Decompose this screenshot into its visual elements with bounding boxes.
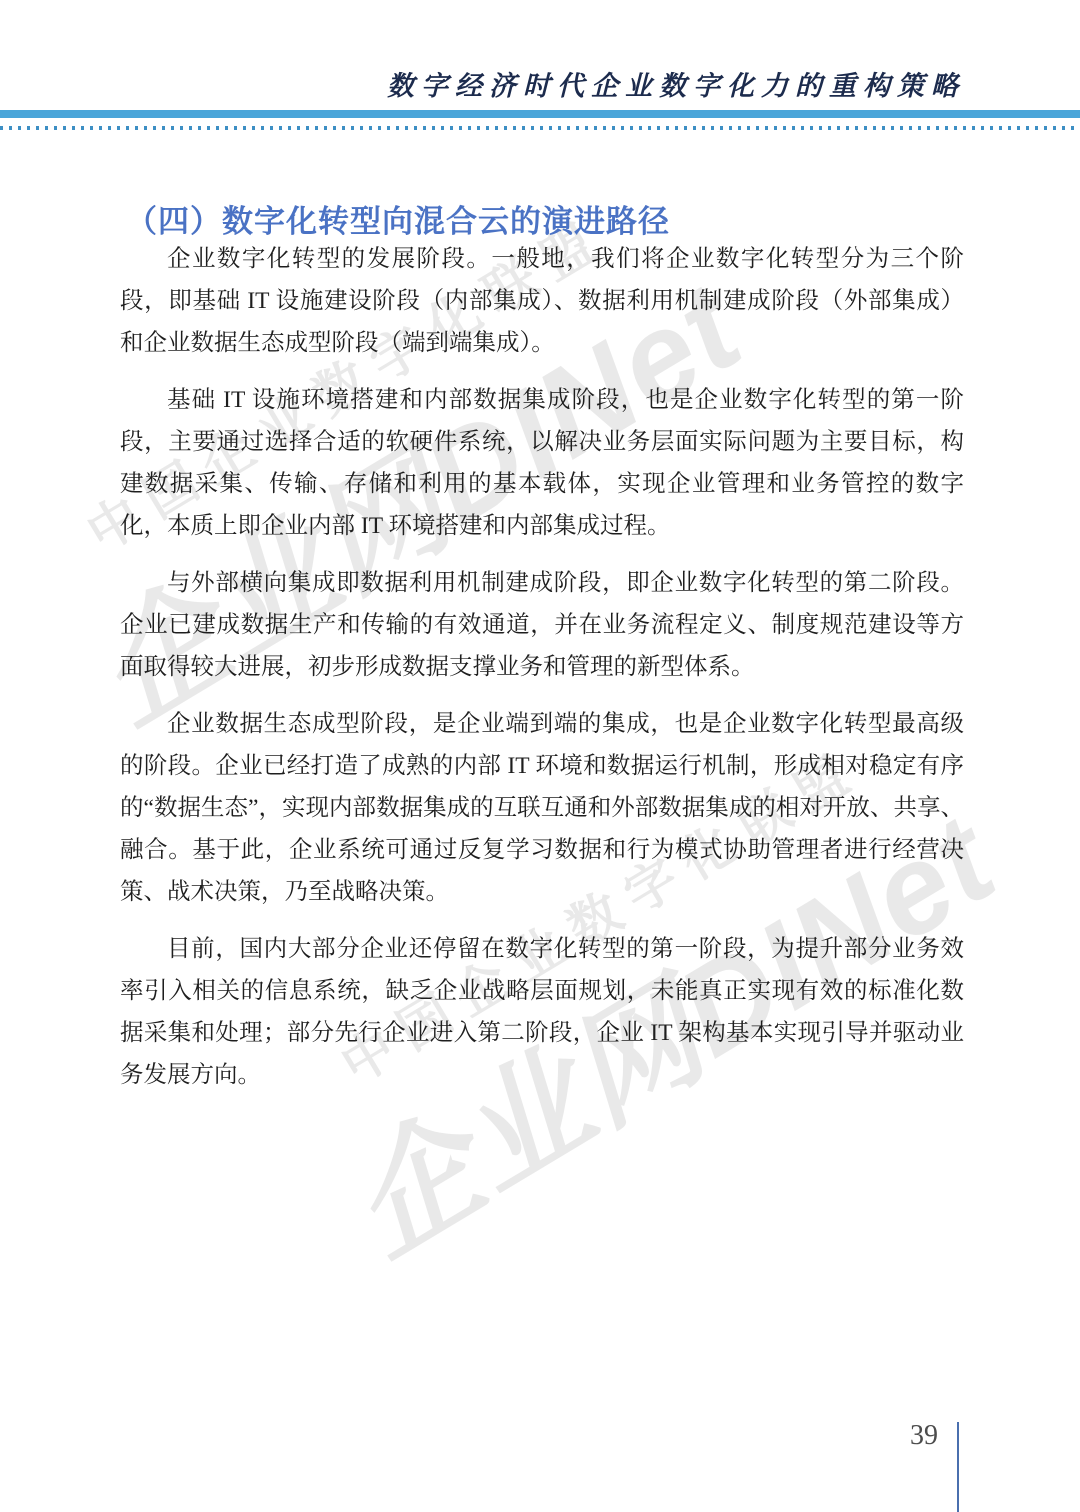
header-solid-rule bbox=[0, 110, 1080, 118]
document-page: 中国企业数字化联盟 企业网DINet 中国企业数字化联盟 企业网DINet 数字… bbox=[0, 0, 1080, 1512]
paragraph-stages-overview: 企业数字化转型的发展阶段。一般地，我们将企业数字化转型分为三个阶段，即基础 IT… bbox=[120, 238, 964, 364]
paragraph-stage-one: 基础 IT 设施环境搭建和内部数据集成阶段，也是企业数字化转型的第一阶段，主要通… bbox=[120, 379, 964, 547]
header-dotted-rule bbox=[0, 126, 1080, 130]
paragraph-stage-two: 与外部横向集成即数据利用机制建成阶段，即企业数字化转型的第二阶段。企业已建成数据… bbox=[120, 562, 964, 688]
section-heading: （四）数字化转型向混合云的演进路径 bbox=[126, 196, 670, 241]
paragraph-stage-three: 企业数据生态成型阶段，是企业端到端的集成，也是企业数字化转型最高级的阶段。企业已… bbox=[120, 703, 964, 913]
footer-vertical-rule bbox=[957, 1422, 959, 1512]
body-content: 企业数字化转型的发展阶段。一般地，我们将企业数字化转型分为三个阶段，即基础 IT… bbox=[120, 238, 964, 1111]
running-header-title: 数字经济时代企业数字化力的重构策略 bbox=[387, 64, 965, 103]
paragraph-current-status: 目前，国内大部分企业还停留在数字化转型的第一阶段，为提升部分业务效率引入相关的信… bbox=[120, 928, 964, 1096]
page-number: 39 bbox=[878, 1420, 938, 1452]
